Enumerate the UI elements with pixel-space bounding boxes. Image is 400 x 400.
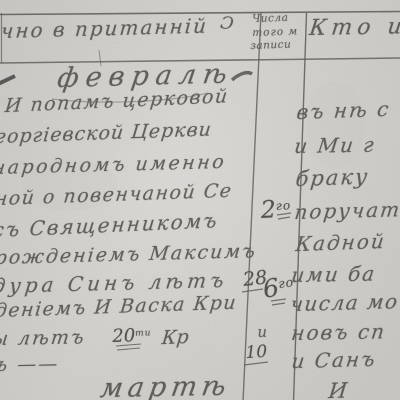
date-column-header-line2: того м xyxy=(252,25,298,39)
right-column-line: ими ба xyxy=(290,262,378,288)
right-column-line: въ нѣ с xyxy=(295,97,391,124)
day-number: 2 xyxy=(260,195,277,224)
register-line-tail: Кр xyxy=(161,326,190,349)
date-column-header-line3: записи xyxy=(250,39,292,52)
right-column-line: поручат xyxy=(293,197,400,224)
right-column-line: и Санъ xyxy=(290,347,378,373)
right-column-line: новъ сп xyxy=(290,319,388,345)
day-suffix: го xyxy=(275,198,291,213)
header-right-title: Кто и xyxy=(308,14,400,41)
age-20-number: 20 xyxy=(112,325,136,347)
register-line: ы лѣтъ xyxy=(0,326,87,350)
age-20-suffix: ти xyxy=(135,328,152,339)
month-heading-march-partial: мартѣ xyxy=(98,371,233,400)
date-column-header-line1: Числа xyxy=(252,12,289,25)
day-entry-10: 10 xyxy=(245,342,268,363)
register-page: чно в пританній Ɔ Числа того м записи Кт… xyxy=(0,0,400,400)
right-column-line: Кадной xyxy=(294,229,387,256)
age-value-20: 20ти xyxy=(112,325,152,347)
right-column-line: И xyxy=(327,378,348,400)
register-line: ъ —— xyxy=(0,353,61,376)
right-column-line: числа мо xyxy=(289,289,400,316)
day-entry-2: 2го xyxy=(260,194,292,224)
day-conjunction: и xyxy=(257,323,267,341)
right-column-line: браку xyxy=(294,164,370,191)
right-column-line: и Ми г xyxy=(293,133,377,158)
header-title-flourish: Ɔ xyxy=(219,13,235,35)
